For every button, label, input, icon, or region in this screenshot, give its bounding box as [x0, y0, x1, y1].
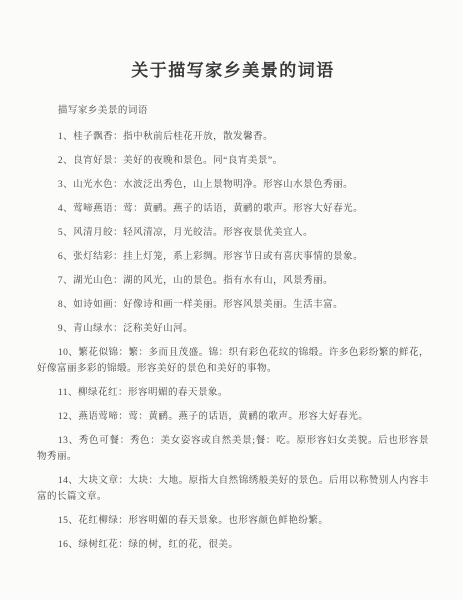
- word-item: 13、秀色可餐：秀色：美女姿容或自然美景;餐：吃。原形容妇女美貌。后也形容景物秀…: [37, 433, 429, 465]
- word-item: 10、繁花似锦：繁：多而且茂盛。锦：织有彩色花纹的锦缎。许多色彩纷繁的鲜花，好像…: [37, 345, 429, 377]
- word-item: 9、青山绿水：泛称美好山河。: [37, 321, 429, 337]
- document-page: 关于描写家乡美景的词语 描写家乡美景的词语 1、桂子飘香：指中秋前后桂花开放，散…: [0, 0, 463, 600]
- word-item: 3、山光水色：水波泛出秀色，山上景物明净。形容山水景色秀丽。: [37, 177, 429, 193]
- word-item: 15、花红柳绿：形容明媚的春天景象。也形容颜色鲜艳纷繁。: [37, 513, 429, 529]
- word-item: 6、张灯结彩：挂上灯笼，系上彩绸。形容节日或有喜庆事情的景象。: [37, 249, 429, 265]
- word-item: 5、风清月皎：轻风清凉，月光皎洁。形容夜景优美宜人。: [37, 225, 429, 241]
- word-item: 8、如诗如画：好像诗和画一样美丽。形容风景美丽。生活丰富。: [37, 297, 429, 313]
- word-item: 7、湖光山色：湖的风光，山的景色。指有水有山，风景秀丽。: [37, 273, 429, 289]
- word-item: 1、桂子飘香：指中秋前后桂花开放，散发馨香。: [37, 129, 429, 145]
- word-item: 4、莺啼燕语：莺：黄鹂。燕子的话语，黄鹂的歌声。形容大好春光。: [37, 201, 429, 217]
- intro-line: 描写家乡美景的词语: [37, 103, 429, 119]
- word-item: 12、燕语莺啼：莺：黄鹂。燕子的话语，黄鹂的歌声。形容大好春光。: [37, 409, 429, 425]
- word-item: 11、柳绿花红：形容明媚的春天景象。: [37, 385, 429, 401]
- word-item: 16、绿树红花：绿的树，红的花，很美。: [37, 537, 429, 553]
- page-title: 关于描写家乡美景的词语: [37, 56, 429, 81]
- word-list: 1、桂子飘香：指中秋前后桂花开放，散发馨香。2、良宵好景：美好的夜晚和景色。同“…: [37, 129, 429, 553]
- word-item: 14、大块文章：大块：大地。原指大自然锦绣般美好的景色。后用以称赞别人内容丰富的…: [37, 473, 429, 505]
- word-item: 2、良宵好景：美好的夜晚和景色。同“良宵美景”。: [37, 153, 429, 169]
